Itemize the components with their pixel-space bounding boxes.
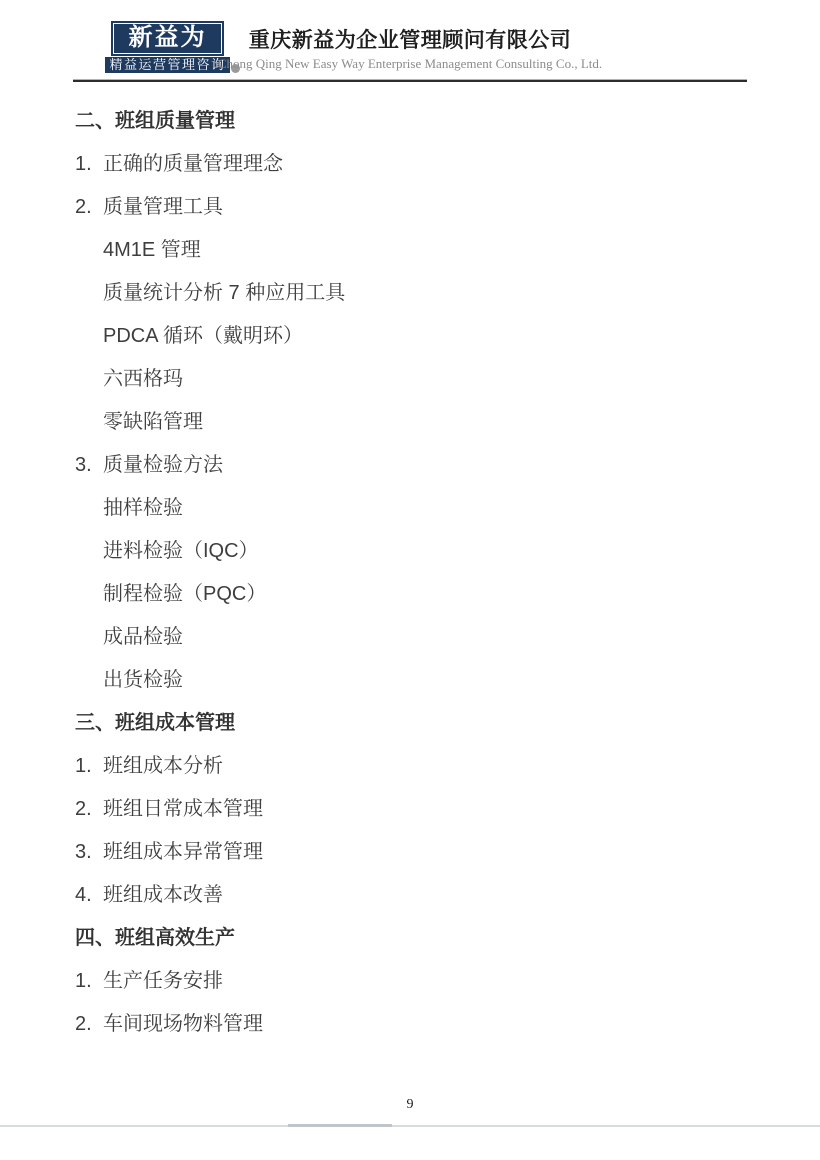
item-text: 车间现场物料管理 (103, 1003, 263, 1046)
item-text: 质量统计分析 7 种应用工具 (103, 272, 345, 315)
footer-divider-segment (288, 1124, 392, 1127)
item-text: 成品检验 (103, 616, 183, 659)
item-text: 班组高效生产 (115, 917, 235, 960)
company-name-en: Chong Qing New Easy Way Enterprise Manag… (0, 56, 820, 72)
item-text: 抽样检验 (103, 487, 183, 530)
item-text: 班组成本异常管理 (103, 831, 263, 874)
list-item: 1.班组成本分析 (75, 745, 820, 788)
item-text: 进料检验（IQC） (103, 530, 259, 573)
item-text: PDCA 循环（戴明环） (103, 315, 303, 358)
item-marker: 1. (75, 960, 103, 1003)
list-item: 2.质量管理工具 (75, 186, 820, 229)
sub-item: 进料检验（IQC） (75, 530, 820, 573)
sub-item: 六西格玛 (75, 358, 820, 401)
item-text: 制程检验（PQC） (103, 573, 266, 616)
sub-item: 制程检验（PQC） (75, 573, 820, 616)
document-outline: 二、班组质量管理 1.正确的质量管理理念 2.质量管理工具 4M1E 管理 质量… (75, 100, 820, 1046)
company-name-cn: 重庆新益为企业管理顾问有限公司 (0, 28, 820, 54)
sub-item: 成品检验 (75, 616, 820, 659)
sub-item: 质量统计分析 7 种应用工具 (75, 272, 820, 315)
item-text: 班组质量管理 (115, 100, 235, 143)
sub-item: 4M1E 管理 (75, 229, 820, 272)
list-item: 3.质量检验方法 (75, 444, 820, 487)
item-text: 班组成本管理 (115, 702, 235, 745)
list-item: 2.车间现场物料管理 (75, 1003, 820, 1046)
item-text: 质量检验方法 (103, 444, 223, 487)
sub-item: 抽样检验 (75, 487, 820, 530)
item-marker: 四、 (75, 917, 115, 960)
item-text: 出货检验 (103, 659, 183, 702)
page-header: 新益为 精益运营管理咨询 重庆新益为企业管理顾问有限公司 Chong Qing … (0, 0, 820, 82)
section-heading: 二、班组质量管理 (75, 100, 820, 143)
section-heading: 四、班组高效生产 (75, 917, 820, 960)
list-item: 1.正确的质量管理理念 (75, 143, 820, 186)
item-marker: 三、 (75, 702, 115, 745)
item-text: 正确的质量管理理念 (103, 143, 283, 186)
item-text: 零缺陷管理 (103, 401, 203, 444)
item-marker: 2. (75, 186, 103, 229)
item-marker: 1. (75, 745, 103, 788)
item-marker: 4. (75, 874, 103, 917)
list-item: 3.班组成本异常管理 (75, 831, 820, 874)
page-number: 9 (0, 1097, 820, 1113)
item-text: 六西格玛 (103, 358, 183, 401)
item-text: 质量管理工具 (103, 186, 223, 229)
item-marker: 3. (75, 831, 103, 874)
sub-item: 出货检验 (75, 659, 820, 702)
item-text: 班组成本改善 (103, 874, 223, 917)
item-marker: 3. (75, 444, 103, 487)
item-text: 4M1E 管理 (103, 229, 201, 272)
document-page: 新益为 精益运营管理咨询 重庆新益为企业管理顾问有限公司 Chong Qing … (0, 0, 820, 1160)
item-marker: 2. (75, 788, 103, 831)
list-item: 4.班组成本改善 (75, 874, 820, 917)
header-company-names: 重庆新益为企业管理顾问有限公司 Chong Qing New Easy Way … (0, 28, 820, 72)
item-marker: 2. (75, 1003, 103, 1046)
item-text: 班组日常成本管理 (103, 788, 263, 831)
footer-divider (0, 1125, 820, 1127)
item-text: 班组成本分析 (103, 745, 223, 788)
list-item: 1.生产任务安排 (75, 960, 820, 1003)
sub-item: PDCA 循环（戴明环） (75, 315, 820, 358)
item-marker: 1. (75, 143, 103, 186)
item-marker: 二、 (75, 100, 115, 143)
list-item: 2.班组日常成本管理 (75, 788, 820, 831)
item-text: 生产任务安排 (103, 960, 223, 1003)
sub-item: 零缺陷管理 (75, 401, 820, 444)
header-divider (73, 79, 747, 82)
section-heading: 三、班组成本管理 (75, 702, 820, 745)
